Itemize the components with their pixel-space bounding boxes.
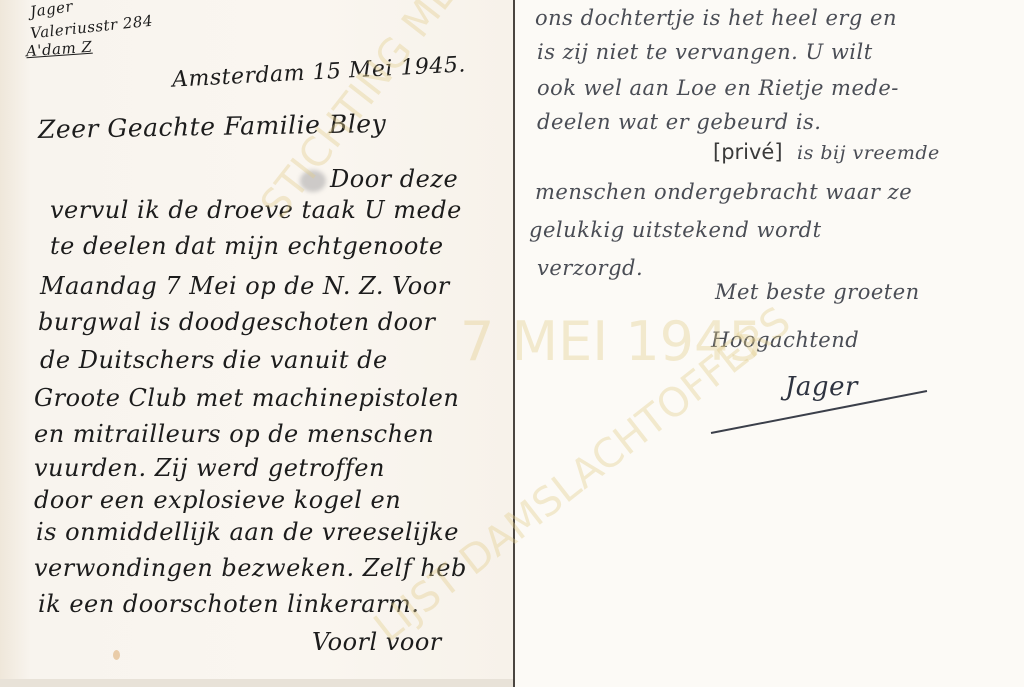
- paper-edge: [0, 679, 514, 687]
- body-line: verzorgd.: [537, 256, 643, 280]
- body-line: deelen wat er gebeurd is.: [537, 110, 822, 134]
- body-line: is zij niet te vervangen. U wilt: [537, 40, 873, 64]
- sender-name: Jager: [29, 0, 74, 21]
- body-line: gelukkig uitstekend wordt: [529, 218, 822, 242]
- sender-city: A'dam Z: [25, 38, 93, 61]
- body-line: de Duitschers die vanuit de: [40, 346, 388, 374]
- continuation-word: Voorl voor: [312, 628, 442, 656]
- letter-page-left: Jager Valeriusstr 284 A'dam Z Amsterdam …: [0, 0, 514, 687]
- body-line: Maandag 7 Mei op de N. Z. Voor: [40, 272, 450, 300]
- body-line: is bij vreemde: [797, 142, 940, 164]
- signature: Jager: [785, 372, 858, 402]
- paper-stain: [113, 650, 120, 660]
- body-line: burgwal is doodgeschoten door: [38, 308, 435, 336]
- body-line: vervul ik de droeve taak U mede: [50, 196, 462, 224]
- salutation: Zeer Geachte Familie Bley: [38, 109, 387, 144]
- place-date: Amsterdam 15 Mei 1945.: [172, 52, 467, 92]
- body-line: vuurden. Zij werd getroffen: [34, 454, 385, 482]
- letter-page-right: ons dochtertje is het heel erg en is zij…: [515, 0, 1024, 687]
- closing-greeting: Met beste groeten: [715, 280, 920, 304]
- body-line: door een explosieve kogel en: [34, 486, 401, 514]
- body-line: Groote Club met machinepistolen: [34, 384, 459, 412]
- ink-smudge: [300, 170, 326, 192]
- body-line: ook wel aan Loe en Rietje mede-: [537, 76, 899, 100]
- closing-hoogachtend: Hoogachtend: [711, 328, 859, 352]
- body-line: te deelen dat mijn echtgenoote: [50, 232, 444, 260]
- body-line: is onmiddellijk aan de vreeselijke: [36, 518, 459, 546]
- body-line: menschen ondergebracht waar ze: [535, 180, 912, 204]
- redacted-name-label: [privé]: [713, 140, 783, 164]
- body-line: en mitrailleurs op de menschen: [34, 420, 434, 448]
- body-line: ik een doorschoten linkerarm.: [38, 590, 419, 618]
- body-line: Door deze: [330, 165, 458, 193]
- body-line: verwondingen bezweken. Zelf heb: [34, 554, 467, 582]
- body-line: ons dochtertje is het heel erg en: [535, 6, 897, 30]
